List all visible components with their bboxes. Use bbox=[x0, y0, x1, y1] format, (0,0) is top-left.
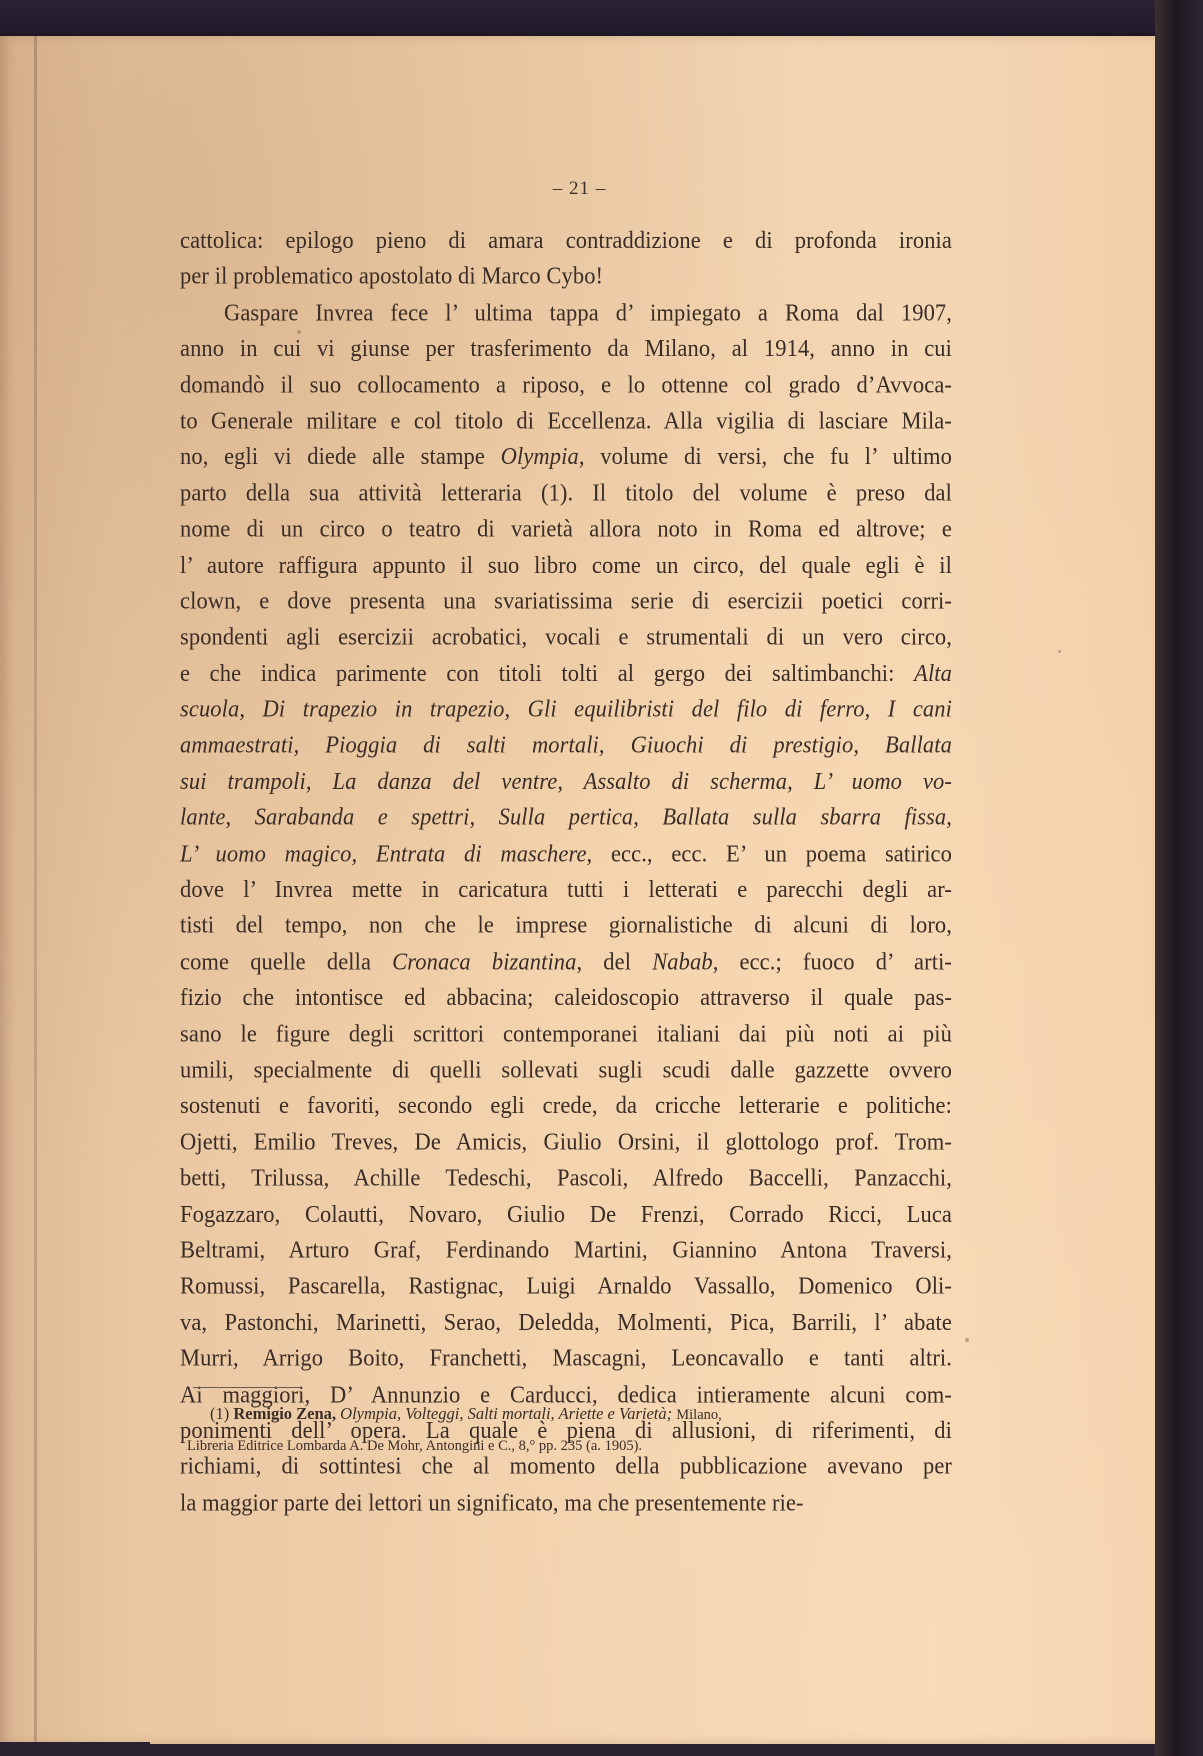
text-segment: Fogazzaro, Colautti, Novaro, Giulio De F… bbox=[180, 1200, 952, 1227]
scan-top-border bbox=[0, 0, 1203, 38]
footnote-divider bbox=[193, 1387, 301, 1388]
gutter-fold-line bbox=[34, 36, 37, 1744]
body-text: cattolica: epilogo pieno di amara contra… bbox=[180, 222, 952, 1520]
text-segment: dove l’ Invrea mette in caricatura tutti… bbox=[180, 875, 952, 902]
text-line: umili, specialmente di quelli sollevati … bbox=[180, 1051, 952, 1087]
text-segment: to Generale militare e col titolo di Ecc… bbox=[180, 407, 952, 434]
scan-bottom-border bbox=[0, 1742, 150, 1756]
text-segment: , del bbox=[577, 948, 653, 975]
text-segment: no, egli vi diede alle stampe bbox=[180, 443, 501, 470]
text-segment: umili, specialmente di quelli sollevati … bbox=[180, 1056, 952, 1083]
text-segment: Ojetti, Emilio Treves, De Amicis, Giulio… bbox=[180, 1128, 952, 1155]
text-segment: va, Pastonchi, Marinetti, Serao, Deledda… bbox=[180, 1308, 952, 1335]
text-line: scuola, Di trapezio in trapezio, Gli equ… bbox=[180, 691, 952, 727]
text-segment: l’ autore raffigura appunto il suo libro… bbox=[180, 551, 952, 578]
text-line: come quelle della Cronaca bizantina, del… bbox=[180, 943, 952, 979]
text-line: Romussi, Pascarella, Rastignac, Luigi Ar… bbox=[180, 1268, 952, 1304]
italic-title-text: Alta bbox=[914, 659, 952, 686]
text-line: sano le figure degli scrittori contempor… bbox=[180, 1015, 952, 1051]
text-segment: Murri, Arrigo Boito, Franchetti, Mascagn… bbox=[180, 1344, 952, 1371]
text-segment: Romussi, Pascarella, Rastignac, Luigi Ar… bbox=[180, 1272, 952, 1299]
text-line: anno in cui vi giunse per trasferimento … bbox=[180, 330, 952, 366]
text-segment: Gaspare Invrea fece l’ ultima tappa d’ i… bbox=[224, 298, 952, 325]
text-line: Beltrami, Arturo Graf, Ferdinando Martin… bbox=[180, 1232, 952, 1268]
text-line: Gaspare Invrea fece l’ ultima tappa d’ i… bbox=[180, 294, 952, 330]
text-line: lante, Sarabanda e spettri, Sulla pertic… bbox=[180, 799, 952, 835]
text-segment: sano le figure degli scrittori contempor… bbox=[180, 1020, 952, 1047]
text-line: Murri, Arrigo Boito, Franchetti, Mascagn… bbox=[180, 1340, 952, 1376]
text-segment: parto della sua attività letteraria (1).… bbox=[180, 479, 952, 506]
footnote: (1) Remigio Zena, Olympia, Volteggi, Sal… bbox=[187, 1398, 967, 1462]
text-line: parto della sua attività letteraria (1).… bbox=[180, 474, 952, 510]
paper-speck bbox=[965, 1338, 969, 1342]
text-segment: la maggior parte dei lettori un signific… bbox=[180, 1488, 804, 1515]
scan-right-border bbox=[1155, 0, 1203, 1756]
text-segment: spondenti agli esercizii acrobatici, voc… bbox=[180, 623, 952, 650]
footnote-place: Milano, bbox=[676, 1407, 722, 1423]
text-line: domandò il suo collocamento a riposo, e … bbox=[180, 366, 952, 402]
footnote-marker: (1) bbox=[210, 1404, 229, 1423]
text-line: ammaestrati, Pioggia di salti mortali, G… bbox=[180, 727, 952, 763]
text-line: nome di un circo o teatro di varietà all… bbox=[180, 510, 952, 546]
text-segment: sostenuti e favoriti, secondo egli crede… bbox=[180, 1092, 952, 1119]
text-segment: fizio che intontisce ed abbacina; caleid… bbox=[180, 984, 952, 1011]
text-line: no, egli vi diede alle stampe Olympia, v… bbox=[180, 438, 952, 474]
text-segment: e che indica parimente con titoli tolti … bbox=[180, 659, 914, 686]
text-line: Fogazzaro, Colautti, Novaro, Giulio De F… bbox=[180, 1196, 952, 1232]
text-line: dove l’ Invrea mette in caricatura tutti… bbox=[180, 871, 952, 907]
text-segment: betti, Trilussa, Achille Tedeschi, Pasco… bbox=[180, 1164, 952, 1191]
italic-title-text: Nabab bbox=[652, 948, 713, 975]
text-line: L’ uomo magico, Entrata di maschere, ecc… bbox=[180, 835, 952, 871]
footnote-title: Olympia, Volteggi, Salti mortali, Ariett… bbox=[340, 1404, 672, 1423]
text-segment: domandò il suo collocamento a riposo, e … bbox=[180, 371, 952, 398]
text-line: sui trampoli, La danza del ventre, Assal… bbox=[180, 763, 952, 799]
text-line: l’ autore raffigura appunto il suo libro… bbox=[180, 547, 952, 583]
text-line: betti, Trilussa, Achille Tedeschi, Pasco… bbox=[180, 1160, 952, 1196]
text-line: per il problematico apostolato di Marco … bbox=[180, 258, 952, 294]
text-segment: clown, e dove presenta una svariatissima… bbox=[180, 587, 952, 614]
text-line: fizio che intontisce ed abbacina; caleid… bbox=[180, 979, 952, 1015]
text-segment: nome di un circo o teatro di varietà all… bbox=[180, 515, 952, 542]
italic-title-text: sui trampoli, La danza del ventre, Assal… bbox=[180, 767, 952, 794]
text-line: clown, e dove presenta una svariatissima… bbox=[180, 583, 952, 619]
text-line: to Generale militare e col titolo di Ecc… bbox=[180, 402, 952, 438]
text-line: e che indica parimente con titoli tolti … bbox=[180, 655, 952, 691]
paper-speck bbox=[1058, 650, 1061, 653]
italic-title-text: scuola, Di trapezio in trapezio, Gli equ… bbox=[180, 695, 952, 722]
text-line: tisti del tempo, non che le imprese gior… bbox=[180, 907, 952, 943]
footnote-line-2: Libreria Editrice Lombarda A. De Mohr, A… bbox=[187, 1431, 967, 1462]
italic-title-text: Olympia, bbox=[501, 443, 585, 470]
footnote-author: Remigio Zena, bbox=[233, 1404, 336, 1423]
text-segment: Beltrami, Arturo Graf, Ferdinando Martin… bbox=[180, 1236, 952, 1263]
italic-title-text: lante, Sarabanda e spettri, Sulla pertic… bbox=[180, 803, 952, 830]
text-line: spondenti agli esercizii acrobatici, voc… bbox=[180, 619, 952, 655]
text-segment: come quelle della bbox=[180, 948, 392, 975]
page-number: – 21 – bbox=[2, 178, 1157, 200]
text-line: va, Pastonchi, Marinetti, Serao, Deledda… bbox=[180, 1304, 952, 1340]
text-segment: cattolica: epilogo pieno di amara contra… bbox=[180, 226, 952, 253]
text-line: cattolica: epilogo pieno di amara contra… bbox=[180, 222, 952, 258]
text-segment: anno in cui vi giunse per trasferimento … bbox=[180, 335, 952, 362]
text-segment: per il problematico apostolato di Marco … bbox=[180, 262, 603, 289]
scanned-page: – 21 – cattolica: epilogo pieno di amara… bbox=[0, 0, 1203, 1756]
text-line: Ojetti, Emilio Treves, De Amicis, Giulio… bbox=[180, 1124, 952, 1160]
text-segment: , ecc., ecc. E’ un poema satirico bbox=[587, 839, 952, 866]
italic-title-text: Cronaca bizantina bbox=[392, 948, 576, 975]
italic-title-text: ammaestrati, Pioggia di salti mortali, G… bbox=[180, 731, 952, 758]
text-line: sostenuti e favoriti, secondo egli crede… bbox=[180, 1087, 952, 1123]
text-segment: , ecc.; fuoco d’ arti- bbox=[713, 948, 952, 975]
footnote-line-1: (1) Remigio Zena, Olympia, Volteggi, Sal… bbox=[187, 1398, 967, 1431]
italic-title-text: L’ uomo magico, Entrata di maschere bbox=[180, 839, 587, 866]
text-segment: tisti del tempo, non che le imprese gior… bbox=[180, 911, 952, 938]
text-segment: volume di versi, che fu l’ ultimo bbox=[585, 443, 952, 470]
text-line: la maggior parte dei lettori un signific… bbox=[180, 1484, 952, 1520]
